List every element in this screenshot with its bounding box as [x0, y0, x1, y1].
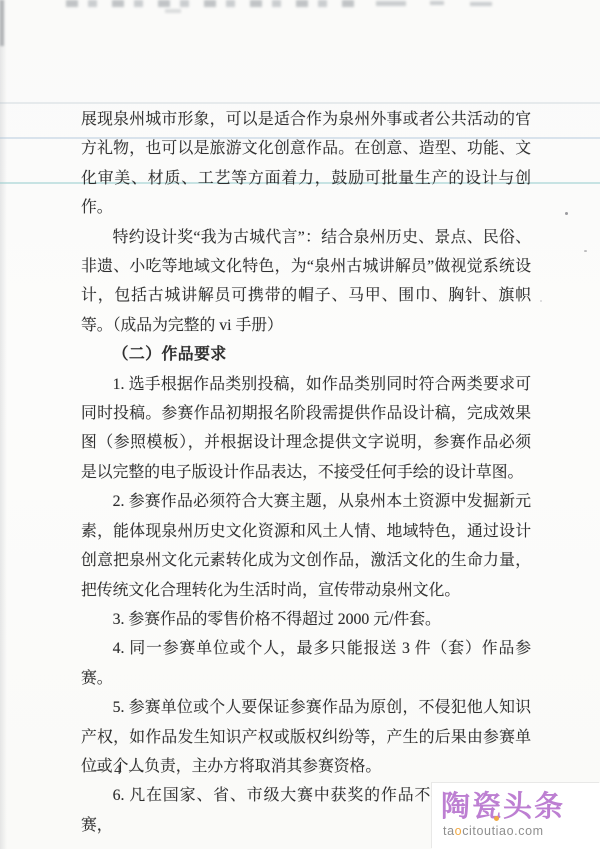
top-edge-text-fragment	[430, 1, 444, 5]
document-body: 展现泉州城市形象，可以是适合作为泉州外事或者公共活动的官方礼物，也可以是旅游文化…	[81, 105, 531, 840]
requirement-item-3: 3. 参赛作品的零售价格不得超过 2000 元/件套。	[81, 605, 531, 634]
top-edge-text-fragments	[66, 0, 362, 7]
watermark: 陶瓷头条 taocitoutiao.com	[432, 783, 600, 849]
top-edge-text-fragment	[165, 9, 181, 13]
watermark-logo-text: 陶瓷头条	[441, 784, 565, 825]
special-award-paragraph: 特约设计奖“我为古城代言”：结合泉州历史、景点、民俗、非遗、小吃等地域文化特色，…	[81, 223, 531, 341]
continuation-paragraph: 展现泉州城市形象，可以是适合作为泉州外事或者公共活动的官方礼物，也可以是旅游文化…	[81, 105, 531, 223]
section-heading: （二）作品要求	[81, 340, 531, 369]
requirement-item-2: 2. 参赛作品必须符合大赛主题，从泉州本土资源中发掘新元素，能体现泉州历史文化资…	[81, 487, 531, 605]
scan-noise-speck	[565, 212, 568, 215]
top-left-edge-smudge	[0, 0, 4, 46]
top-edge-text-fragment	[470, 2, 492, 6]
requirement-item-1: 1. 选手根据作品类别投稿，如作品类别同时符合两类要求可同时投稿。参赛作品初期报…	[81, 370, 531, 488]
scanned-document-page: 展现泉州城市形象，可以是适合作为泉州外事或者公共活动的官方礼物，也可以是旅游文化…	[0, 0, 600, 849]
watermark-url-suffix: citoutiao.com	[462, 824, 543, 838]
requirement-item-5: 5. 参赛单位或个人要保证参赛作品为原创，不侵犯他人知识产权，如作品发生知识产权…	[81, 693, 531, 781]
watermark-url-prefix: ta	[443, 824, 455, 838]
watermark-accent-dot-icon	[494, 816, 499, 821]
page-left-edge-shadow	[0, 0, 7, 849]
scan-noise-speck	[540, 300, 542, 302]
requirement-item-4: 4. 同一参赛单位或个人，最多只能报送 3 件（套）作品参赛。	[81, 634, 531, 693]
watermark-url: taocitoutiao.com	[443, 824, 544, 838]
scan-artifact-line	[0, 102, 600, 104]
scan-noise-speck	[584, 250, 587, 252]
page-number: — 4 —	[92, 762, 146, 779]
top-edge-text-fragment	[376, 1, 406, 6]
